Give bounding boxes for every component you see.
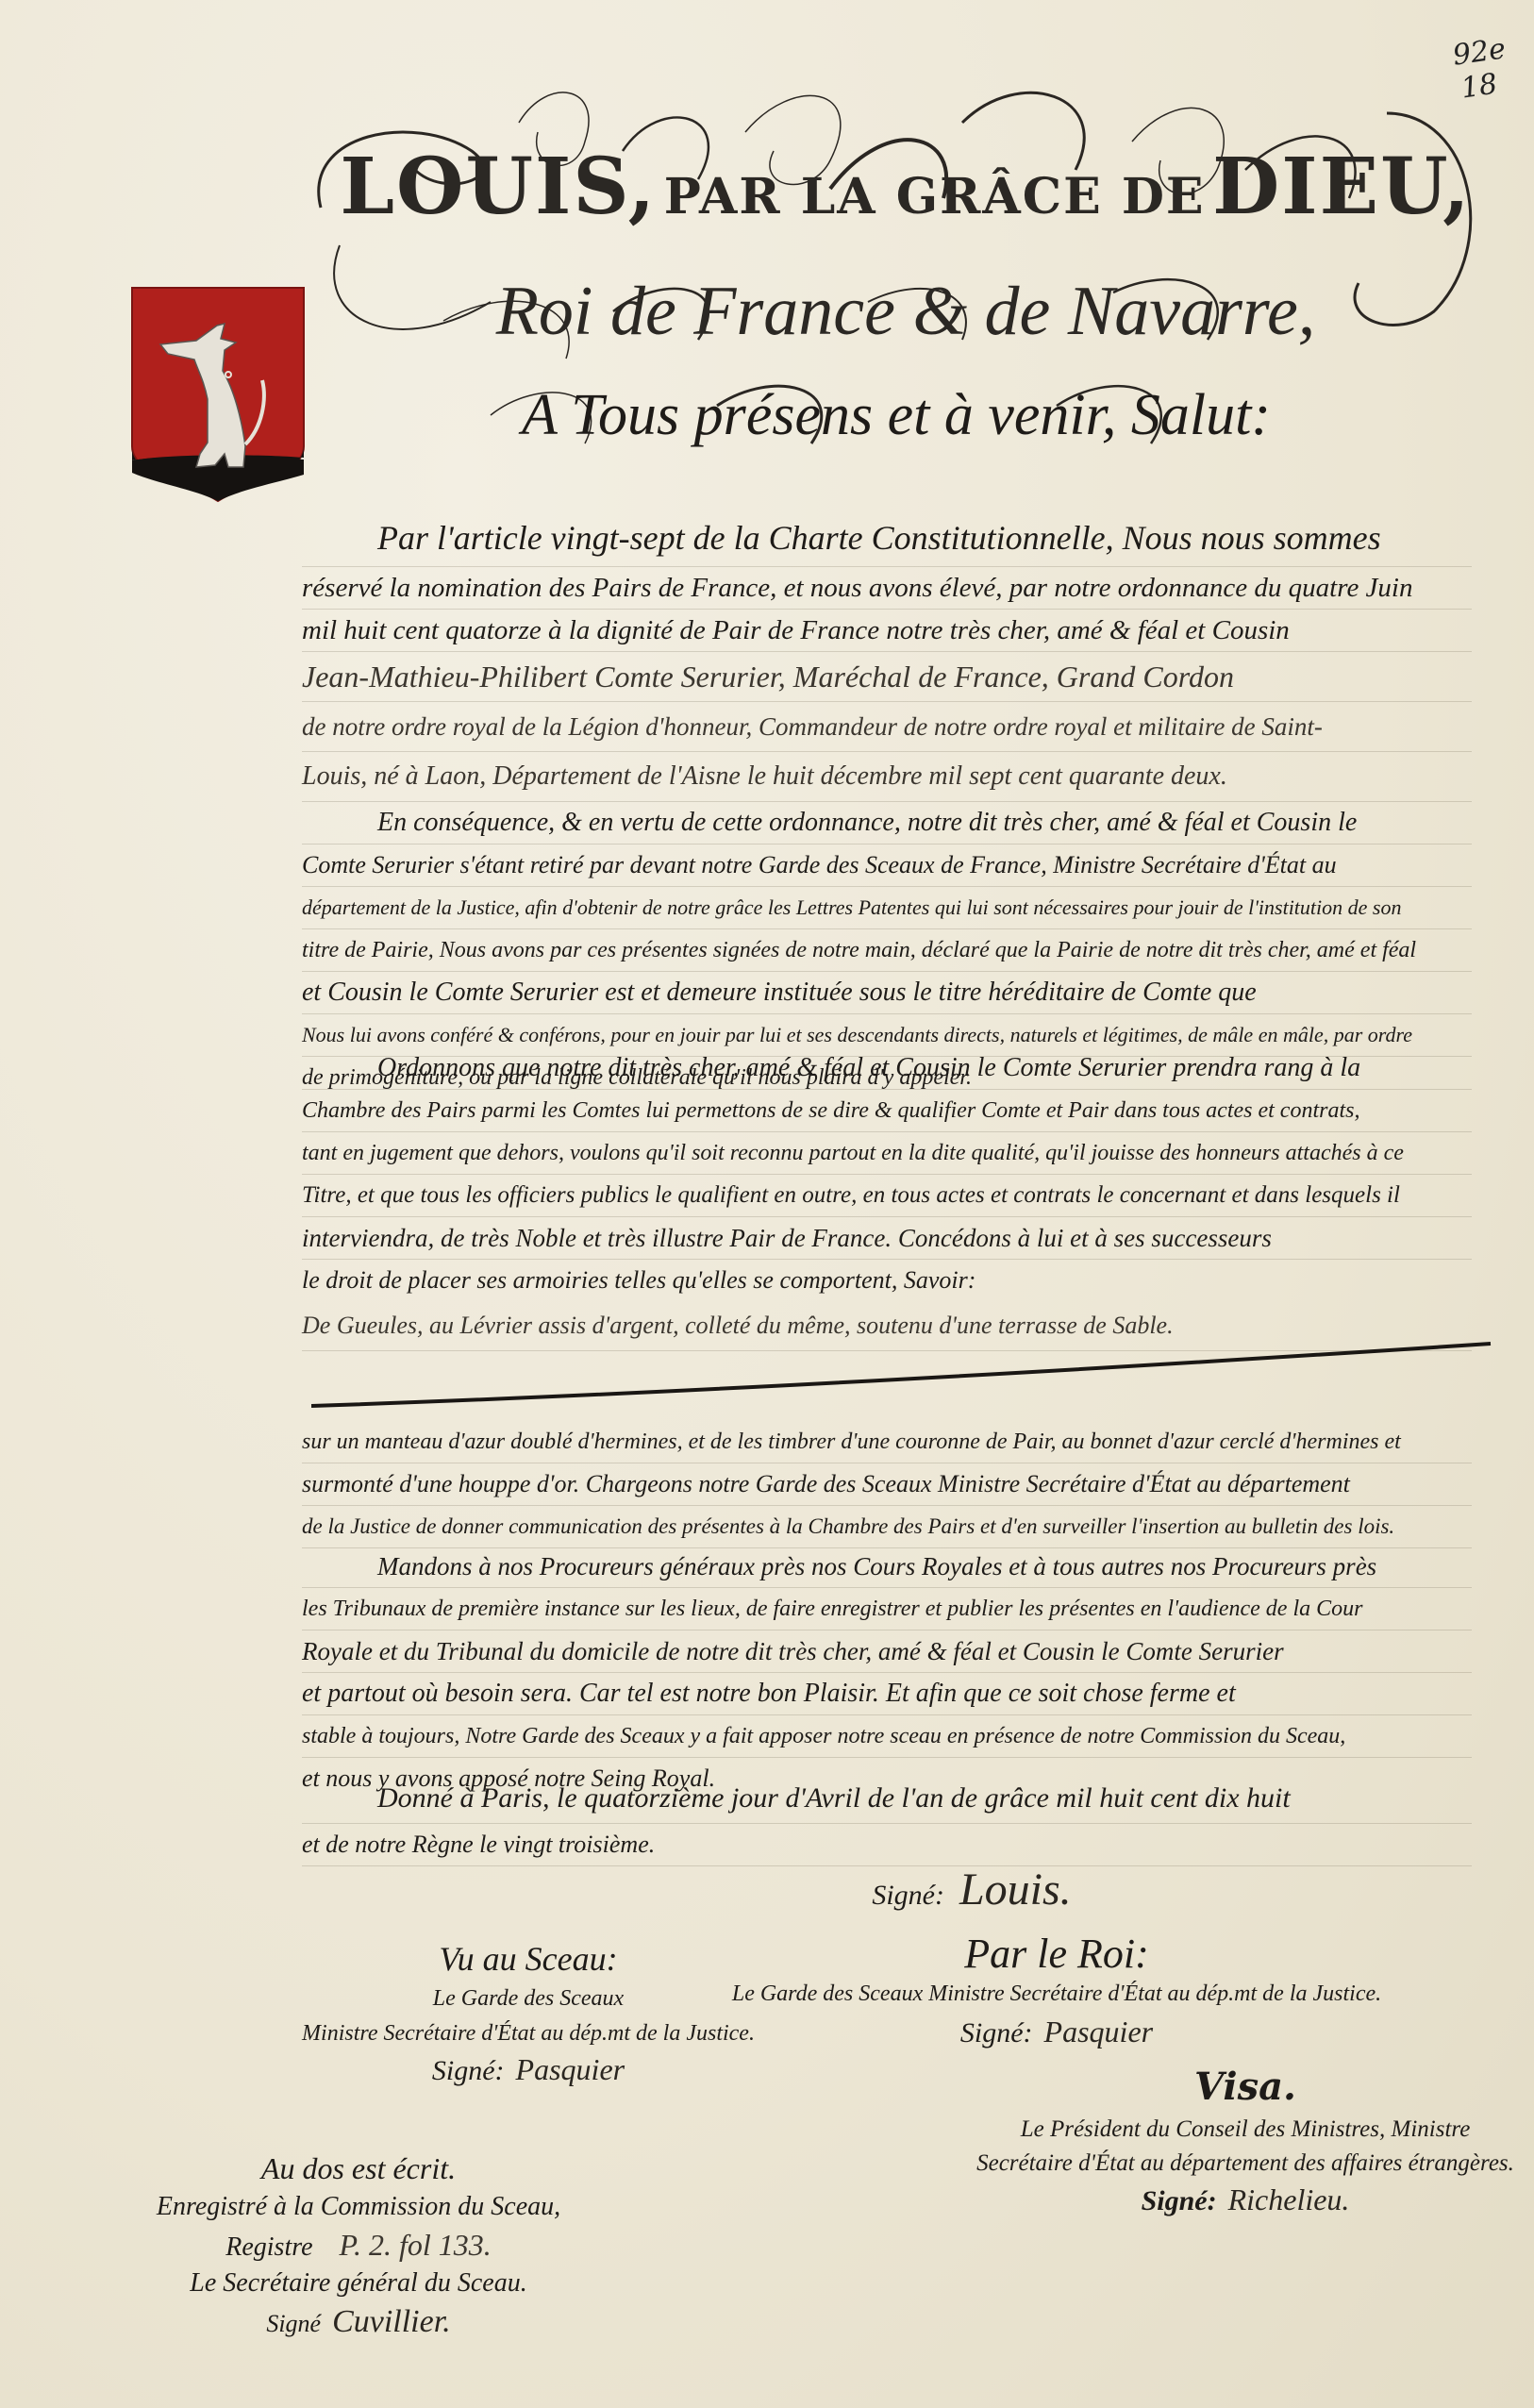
coat-of-arms-icon [130,286,306,503]
au-dos-registered-line: Enregistré à la Commission du Sceau, [113,2192,604,2222]
text-line: Louis, né à Laon, Département de l'Aisne… [302,752,1472,802]
text-line: surmonté d'une houppe d'or. Chargeons no… [302,1463,1472,1506]
king-signature-block: Signé: Louis. [774,1864,1170,1915]
visa-block: Visa. Le Président du Conseil des Minist… [972,2065,1519,2217]
text-line: Ordonnons que notre dit très cher, amé &… [302,1047,1472,1090]
text-line: Comte Serurier s'étant retiré par devant… [302,844,1472,887]
text-line: département de la Justice, afin d'obteni… [302,887,1472,929]
secretary-general-title: Le Secrétaire général du Sceau. [113,2268,604,2299]
paragraph-4: sur un manteau d'azur doublé d'hermines,… [302,1421,1472,1548]
signed-label: Signé [266,2310,321,2337]
paragraph-6: Donné à Paris, le quatorzième jour d'Avr… [302,1774,1472,1866]
text-line: le droit de placer ses armoiries telles … [302,1260,1472,1301]
text-line: et partout où besoin sera. Car tel est n… [302,1673,1472,1715]
paragraph-1: Par l'article vingt-sept de la Charte Co… [302,510,1472,802]
royal-title-line: LOUIS, PAR LA GRÂCE DE DIEU, [311,142,1500,232]
king-signature-name: Louis. [959,1865,1072,1915]
text-line: Titre, et que tous les officiers publics… [302,1175,1472,1217]
title-dieu-text: DIEU, [1212,142,1472,232]
text-line: titre de Pairie, Nous avons par ces prés… [302,929,1472,972]
text-line: Par l'article vingt-sept de la Charte Co… [302,510,1472,567]
royal-subtitle: Roi de France & de Navarre, [340,272,1472,352]
text-line: de la Justice de donner communication de… [302,1506,1472,1548]
pasquier-signature: Pasquier [516,2052,625,2086]
cuvillier-signature: Cuvillier. [332,2304,451,2339]
vu-au-sceau-title-1: Le Garde des Sceaux [283,1986,774,2012]
text-line: et de notre Règne le vingt troisième. [302,1824,1472,1866]
paragraph-5: Mandons à nos Procureurs généraux près n… [302,1546,1472,1799]
text-line: les Tribunaux de première instance sur l… [302,1588,1472,1630]
vu-au-sceau-block: Vu au Sceau: Le Garde des Sceaux Ministr… [283,1939,774,2087]
letters-patent-page: 92e 18 LOUIS, PAR LA GRÂCE DE DIEU, Roi … [0,0,1534,2408]
par-le-roi-block: Par le Roi: Le Garde des Sceaux Ministre… [717,1930,1396,2049]
text-line: En conséquence, & en vertu de cette ordo… [302,802,1472,844]
text-line: Donné à Paris, le quatorzième jour d'Avr… [302,1774,1472,1824]
registre-value: P. 2. fol 133. [340,2228,492,2262]
text-line: de notre ordre royal de la Légion d'honn… [302,702,1472,752]
salutation: A Tous présens et à venir, Salut: [377,382,1415,449]
richelieu-signature: Richelieu. [1228,2182,1350,2216]
signed-label: Signé: [432,2055,505,2086]
signed-label: Signé: [872,1880,944,1911]
visa-heading: Visa. [972,2065,1519,2109]
par-le-roi-title: Le Garde des Sceaux Ministre Secrétaire … [717,1982,1396,2007]
text-line: et Cousin le Comte Serurier est et demeu… [302,972,1472,1014]
title-grace-text: PAR LA GRÂCE DE [664,168,1206,226]
text-line: réservé la nomination des Pairs de Franc… [302,567,1472,610]
signed-label: Signé: [1142,2185,1217,2216]
cancellation-stroke [311,1340,1509,1425]
registre-label: Registre [225,2232,312,2262]
vu-au-sceau-title-2: Ministre Secrétaire d'État au dép.mt de … [283,2021,774,2047]
text-line: Chambre des Pairs parmi les Comtes lui p… [302,1090,1472,1132]
text-line: stable à toujours, Notre Garde des Sceau… [302,1715,1472,1758]
pasquier-signature: Pasquier [1044,2015,1154,2048]
par-le-roi-heading: Par le Roi: [717,1930,1396,1978]
visa-title-1: Le Président du Conseil des Ministres, M… [972,2116,1519,2143]
text-line: Mandons à nos Procureurs généraux près n… [302,1546,1472,1588]
text-line: Royale et du Tribunal du domicile de not… [302,1630,1472,1673]
au-dos-block: Au dos est écrit. Enregistré à la Commis… [113,2151,604,2340]
text-line: interviendra, de très Noble et très illu… [302,1217,1472,1260]
text-line: Jean-Mathieu-Philibert Comte Serurier, M… [302,652,1472,702]
visa-title-2: Secrétaire d'État au département des aff… [972,2150,1519,2177]
au-dos-heading: Au dos est écrit. [113,2151,604,2186]
king-name: LOUIS, [340,142,657,232]
text-line: tant en jugement que dehors, voulons qu'… [302,1132,1472,1175]
text-line: mil huit cent quatorze à la dignité de P… [302,610,1472,652]
paragraph-3: Ordonnons que notre dit très cher, amé &… [302,1047,1472,1351]
signed-label: Signé: [960,2017,1033,2048]
vu-au-sceau-heading: Vu au Sceau: [283,1939,774,1979]
text-line: sur un manteau d'azur doublé d'hermines,… [302,1421,1472,1463]
